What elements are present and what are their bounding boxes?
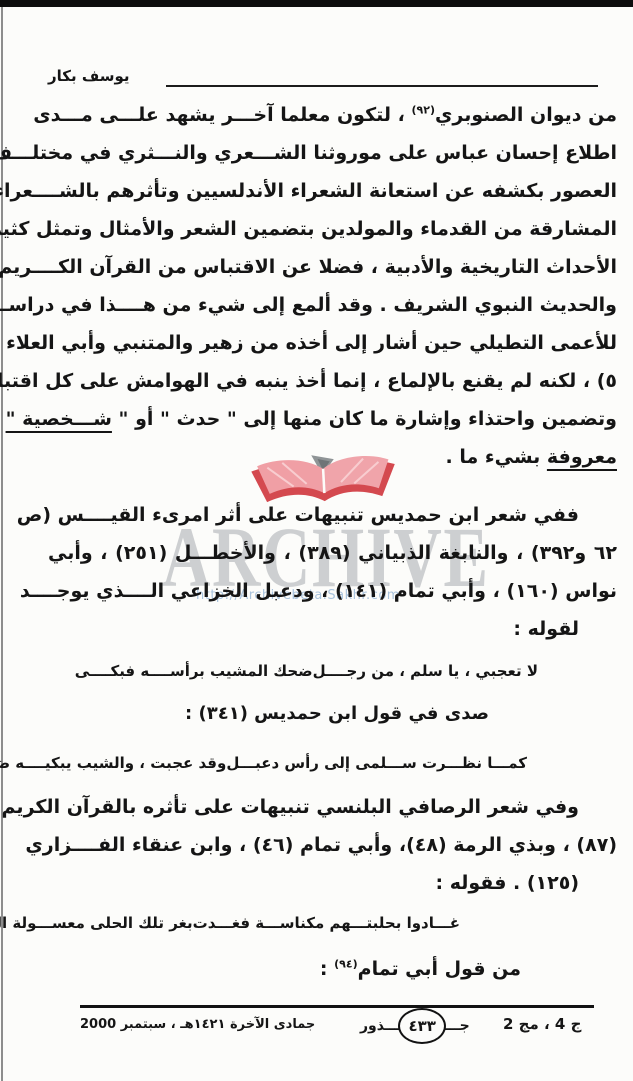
verse-line: كمـــا نظـــرت ســـلمى إلى رأس دعبـــل و… (95, 750, 527, 776)
footnote-ref: (٩٤) (334, 958, 358, 971)
text-line: وتضمين واحتذاء وإشارة ما كان منها إلى " … (48, 404, 617, 434)
verse-hemistich-left: بغر تلك الحلى معســـولة الحلـــب(٩٣) (0, 910, 193, 936)
text-segment: ، لتكون معلما آخـــر يشهد علـــى مـــدى (33, 104, 411, 126)
text-segment: من قول أبي تمام (358, 958, 521, 980)
footer-rule (80, 1005, 594, 1008)
journal-name-suffix: ـــذور (360, 1018, 399, 1034)
verse-hemistich-right: غـــادوا بحلبتـــهم مكناســـة فغـــدت (193, 910, 460, 936)
text-segment: بغر تلك الحلى معســـولة الحلـــب (0, 914, 193, 932)
text-line: المشارقة من القدماء والمولدين بتضمين الش… (48, 214, 617, 244)
text-line: للأعمى التطيلي حين أشار إلى أخذه من زهير… (48, 328, 617, 358)
text-line: والحديث النبوي الشريف . وقد ألمع إلى شيء… (48, 290, 617, 320)
verse-hemistich-left: ضحك المشيب برأســــه فبكــــى (75, 658, 313, 684)
page-number-circle: ٤٣٣ (398, 1008, 446, 1044)
text-segment: بشيء ما . (446, 446, 547, 468)
verse-hemistich-right: لا تعجبي ، يا سلم ، من رجــــل (313, 658, 538, 684)
text-line: وفي شعر الرصافي البلنسي تنبيهات على تأثر… (48, 792, 617, 822)
text-line: نواس (١٦٠) ، وأبي تمام (١٤١) ، ودعبل الخ… (48, 576, 617, 606)
underlined-text: معروفة (547, 446, 617, 468)
underlined-text: شـــخصية " (6, 408, 112, 430)
text-line: لقوله : (48, 614, 617, 644)
scanned-journal-page: يوسف بكار ARCHIVE http://Archivebeta.Sak… (0, 0, 633, 1081)
footer-date: جمادى الآخرة ١٤٢١هـ ، سبتمبر 2000 (80, 1017, 315, 1032)
text-segment: : (320, 958, 334, 980)
verse-line: غـــادوا بحلبتـــهم مكناســـة فغـــدت بغ… (88, 910, 460, 936)
text-line: (١٢٥) . فقوله : (48, 868, 617, 898)
verse-line: لا تعجبي ، يا سلم ، من رجــــل ضحك المشي… (118, 658, 538, 684)
text-line: صدى في قول ابن حمديس (٣٤١) : (48, 699, 617, 729)
header-rule (166, 85, 598, 87)
text-line: معروفة بشيء ما . (48, 442, 617, 472)
text-segment: وتضمين واحتذاء وإشارة ما كان منها إلى " … (112, 408, 617, 430)
journal-name-prefix: جـــ (445, 1018, 469, 1034)
scan-edge-top (0, 0, 633, 7)
author-name: يوسف بكار (48, 67, 130, 85)
text-line: من ديوان الصنوبري(٩٢) ، لتكون معلما آخــ… (48, 100, 617, 130)
text-line: ففي شعر ابن حمديس تنبيهات على أثر امرىء … (48, 500, 617, 530)
text-line: ٦٢ و٣٩٢) ، والنابغة الذبياني (٣٨٩) ، وال… (48, 538, 617, 568)
text-line: الأحداث التاريخية والأدبية ، فضلا عن الا… (48, 252, 617, 282)
verse-hemistich-right: كمـــا نظـــرت ســـلمى إلى رأس دعبـــل (226, 750, 527, 776)
text-line: (٨٧) ، وبذي الرمة (٤٨)، وأبي تمام (٤٦) ،… (48, 830, 617, 860)
text-line: ٥) ، لكنه لم يقنع بالإلماع ، إنما أخذ ين… (48, 366, 617, 396)
footnote-ref: (٩٢) (411, 104, 435, 117)
text-line: من قول أبي تمام(٩٤) : (48, 954, 617, 984)
text-line: العصور بكشفه عن استعانة الشعراء الأندلسي… (48, 176, 617, 206)
text-segment: من ديوان الصنوبري (435, 104, 617, 126)
verse-hemistich-left: وقد عجبت ، والشيب يبكيــــه ضاحكـــه (0, 750, 226, 776)
footer-journal-name: جـــ ٤٣٣ ـــذور (360, 1008, 470, 1044)
text-line: اطلاع إحسان عباس على موروثنا الشـــعري و… (48, 138, 617, 168)
footer-issue-volume: ج 4 ، مج 2 (503, 1015, 581, 1033)
